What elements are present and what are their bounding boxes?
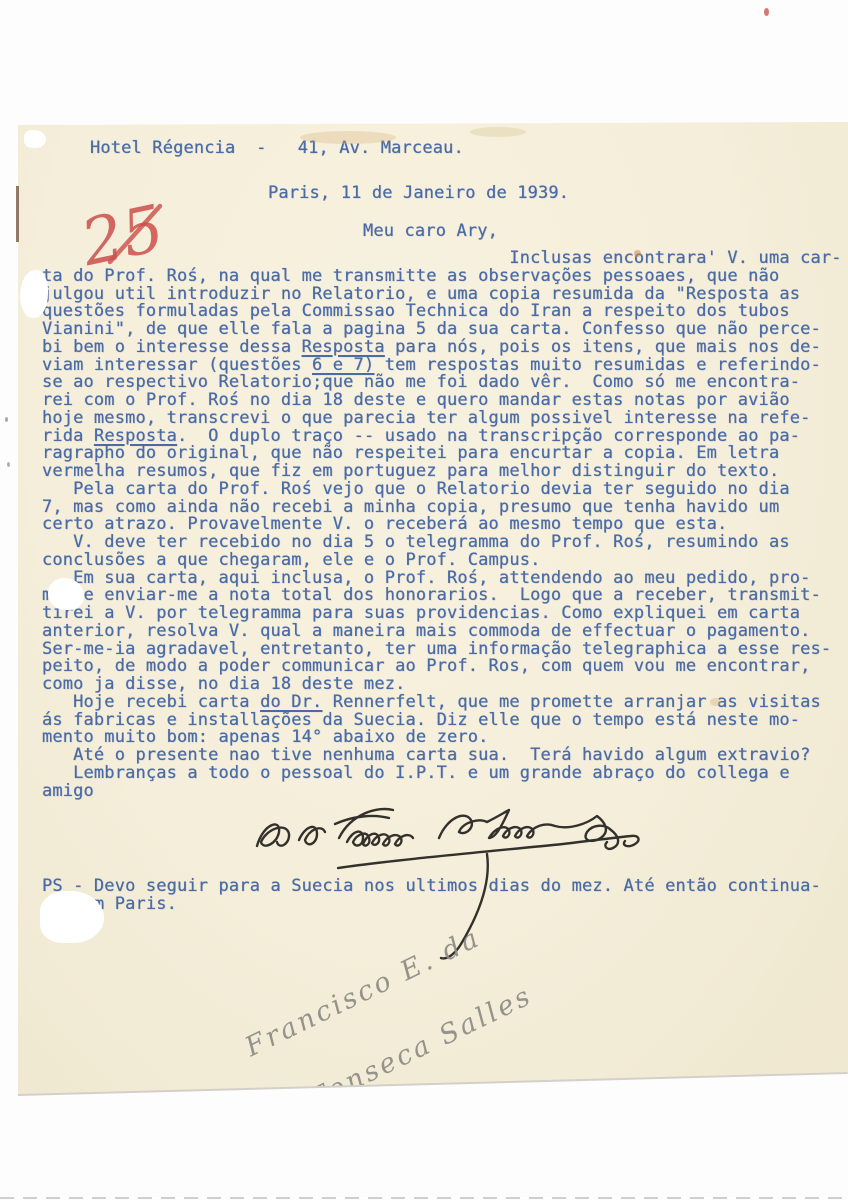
typed-body: Inclusas encontrara' V. uma car-ta do Pr… <box>42 250 842 800</box>
foxing-stain <box>634 250 641 257</box>
postscript: PS - Devo seguir para a Suecia nos ultim… <box>42 878 821 914</box>
red-speck <box>764 8 769 16</box>
typed-line: anterior, resolva V. qual a maneira mais… <box>42 623 842 641</box>
paper-tear <box>24 130 46 148</box>
dateline: Paris, 11 de Janeiro de 1939. <box>268 183 569 203</box>
letter-paper-sheet: Hotel Régencia - 41, Av. Marceau. Paris,… <box>18 122 848 1095</box>
foxing-stain <box>300 131 396 144</box>
paper-tear <box>20 270 48 318</box>
foxing-stain <box>710 698 721 706</box>
salutation: Meu caro Ary, <box>363 221 498 241</box>
typed-line: Hoje recebi carta do Dr. Rennerfelt, que… <box>42 694 842 712</box>
typed-line: conclusões a que chegaram, ele e o Prof.… <box>42 552 842 570</box>
foxing-stain <box>470 127 526 137</box>
scanned-letter-page: Hotel Régencia - 41, Av. Marceau. Paris,… <box>0 0 848 1200</box>
scan-edge-line <box>0 1197 848 1199</box>
typed-line: Lembranças a todo o pessoal do I.P.T. e … <box>42 765 842 783</box>
typed-line: bi bem o interesse dessa Resposta para n… <box>42 339 842 357</box>
paper-tear <box>48 578 84 610</box>
underlined-text: do Dr. <box>260 692 322 712</box>
binding-mark <box>16 186 19 242</box>
letterhead: Hotel Régencia - 41, Av. Marceau. <box>90 138 464 158</box>
scan-speck <box>5 417 8 422</box>
scan-speck <box>7 462 10 467</box>
ps-line: rei em Paris. <box>42 896 821 914</box>
typed-line: ta do Prof. Roś, na qual me transmitte a… <box>42 268 842 286</box>
paper-tear <box>40 891 104 943</box>
typed-line: Pela carta do Prof. Roś vejo que o Relat… <box>42 481 842 499</box>
